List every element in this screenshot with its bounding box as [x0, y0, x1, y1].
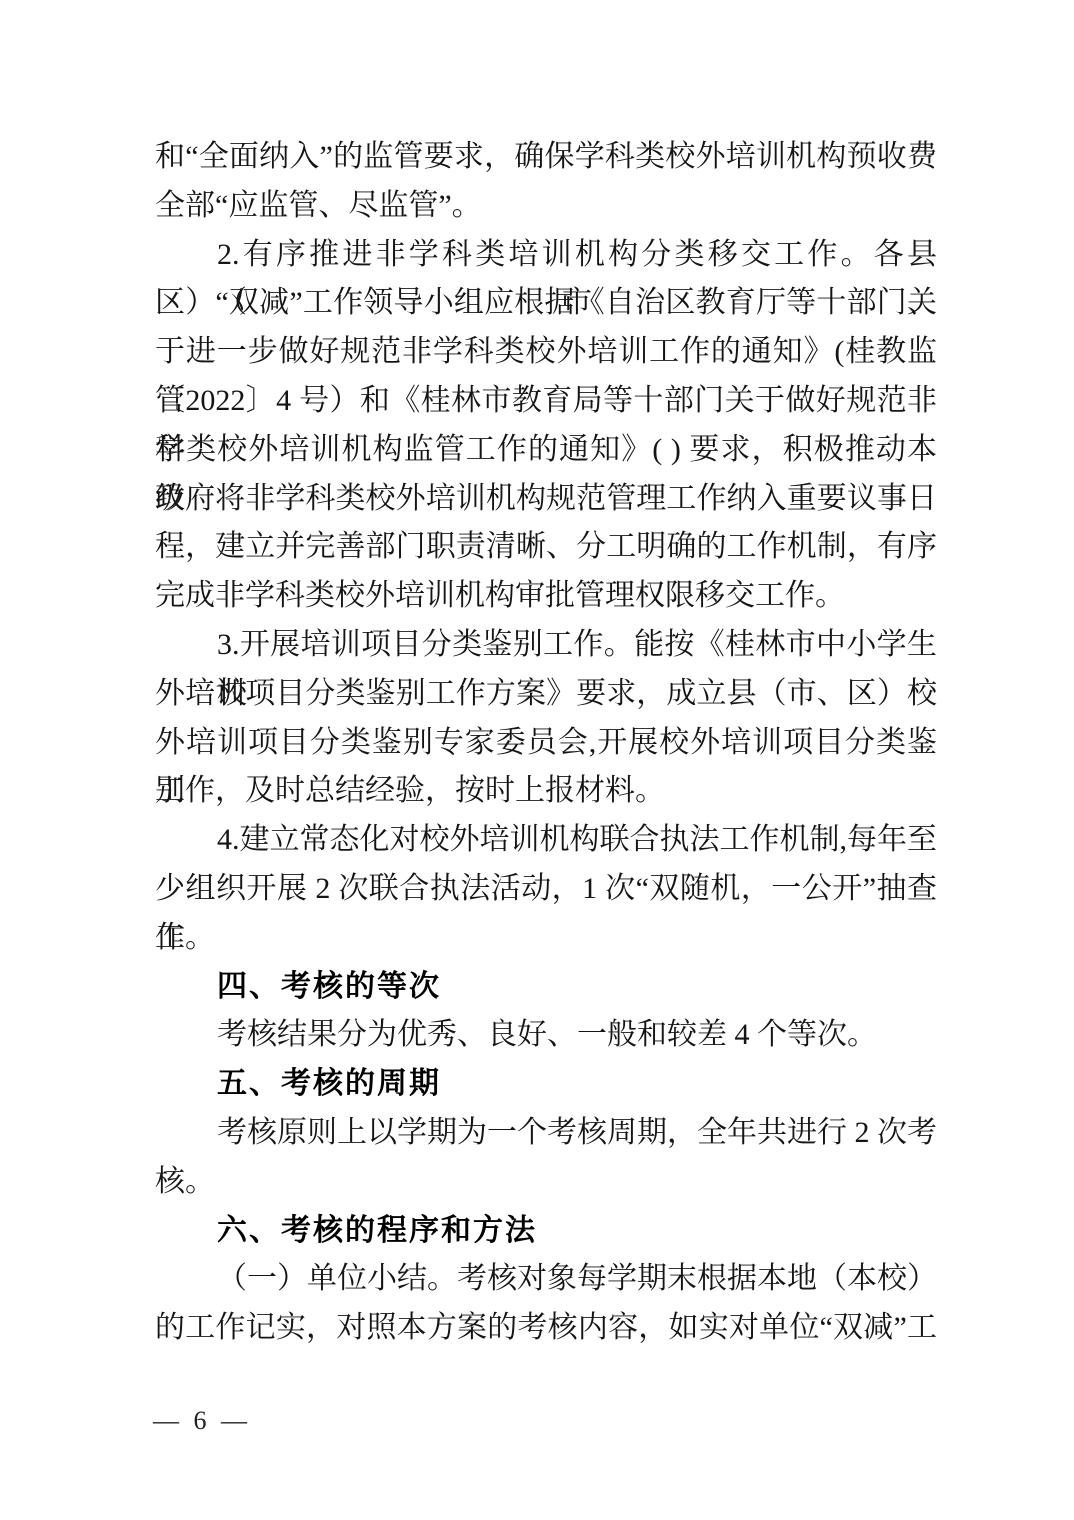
document-line: 考核结果分为优秀、良好、一般和较差 4 个等次。	[155, 1011, 937, 1060]
document-line: 4.建立常态化对校外培训机构联合执法工作机制,每年至	[155, 816, 937, 865]
section-heading: 六、考核的程序和方法	[155, 1207, 937, 1256]
document-line: 2.有序推进非学科类培训机构分类移交工作。各县（市、	[155, 231, 937, 280]
page-number: — 6 —	[153, 1404, 251, 1438]
document-line: 少组织开展 2 次联合执法活动，1 次“双随机，一公开”抽查工	[155, 865, 937, 914]
section-heading: 五、考核的周期	[155, 1060, 937, 1109]
document-line: 科类校外培训机构监管工作的通知》( ) 要求，积极推动本级	[155, 426, 937, 475]
document-line: 全部“应监管、尽监管”。	[155, 182, 937, 231]
document-line: 完成非学科类校外培训机构审批管理权限移交工作。	[155, 572, 937, 621]
document-line: 作。	[155, 914, 937, 963]
document-line: 于进一步做好规范非学科类校外培训工作的通知》(桂教监管	[155, 328, 937, 377]
document-line: 外培训项目分类鉴别专家委员会,开展校外培训项目分类鉴别	[155, 719, 937, 768]
section-heading: 四、考核的等次	[155, 963, 937, 1012]
document-line: 〔2022〕4 号）和《桂林市教育局等十部门关于做好规范非学	[155, 377, 937, 426]
document-line: 核。	[155, 1158, 937, 1207]
document-line: 和“全面纳入”的监管要求，确保学科类校外培训机构预收费	[155, 133, 937, 182]
document-line: 的工作记实，对照本方案的考核内容，如实对单位“双减”工	[155, 1304, 937, 1353]
document-line: 考核原则上以学期为一个考核周期，全年共进行 2 次考	[155, 1109, 937, 1158]
document-line: 工作，及时总结经验，按时上报材料。	[155, 767, 937, 816]
document-line: 区）“双减”工作领导小组应根据《自治区教育厅等十部门关	[155, 279, 937, 328]
document-page: 和“全面纳入”的监管要求，确保学科类校外培训机构预收费全部“应监管、尽监管”。2…	[0, 0, 1074, 1520]
document-line: 政府将非学科类校外培训机构规范管理工作纳入重要议事日	[155, 475, 937, 524]
document-line: 外培训项目分类鉴别工作方案》要求，成立县（市、区）校	[155, 670, 937, 719]
document-body: 和“全面纳入”的监管要求，确保学科类校外培训机构预收费全部“应监管、尽监管”。2…	[155, 133, 937, 1353]
document-line: 程，建立并完善部门职责清晰、分工明确的工作机制，有序	[155, 523, 937, 572]
document-line: （一）单位小结。考核对象每学期末根据本地（本校）	[155, 1255, 937, 1304]
document-line: 3.开展培训项目分类鉴别工作。能按《桂林市中小学生校	[155, 621, 937, 670]
